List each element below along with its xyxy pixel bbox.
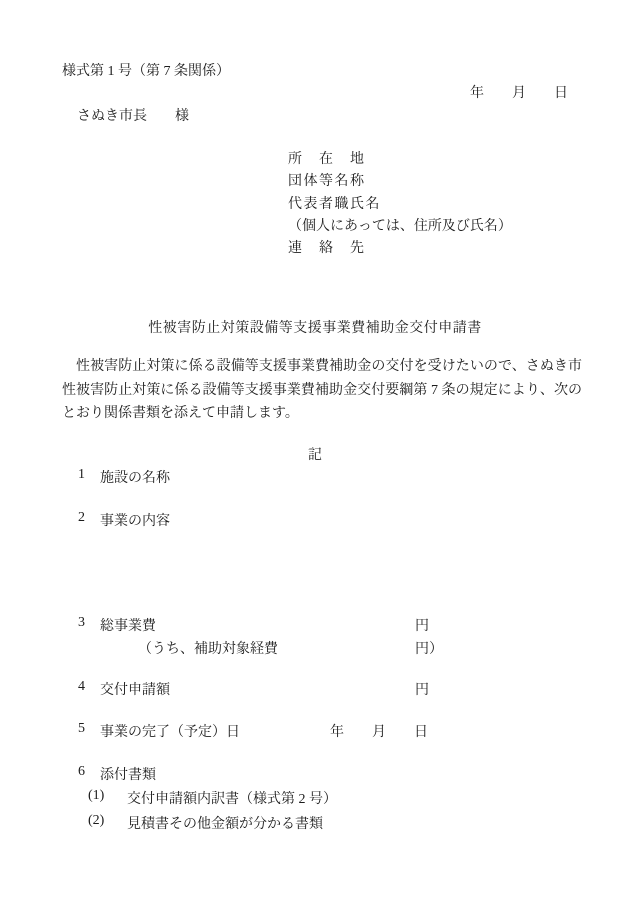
- document-title: 性被害防止対策設備等支援事業費補助金交付申請書: [0, 317, 630, 337]
- item-number: 4: [78, 679, 85, 695]
- item-project-description: 2 事業の内容: [0, 510, 630, 528]
- body-paragraph: 性被害防止対策に係る設備等支援事業費補助金の交付を受けたいので、さぬき市性被害防…: [62, 355, 582, 426]
- field-label-contact: 連 絡 先: [288, 241, 366, 258]
- item-number: 1: [78, 467, 85, 483]
- item-label: 施設の名称: [100, 467, 170, 487]
- attachment-item-breakdown: (1) 交付申請額内訳書（様式第 2 号）: [0, 788, 630, 806]
- date-line: 年 月 日: [62, 86, 568, 103]
- item-completion-date: 5 事業の完了（予定）日 年 月 日: [0, 721, 630, 739]
- field-label-location: 所 在 地: [288, 152, 366, 169]
- item-number: 6: [78, 764, 85, 780]
- record-marker: 記: [0, 444, 630, 464]
- item-number: 3: [78, 615, 85, 631]
- field-label-organization-name: 団体等名称: [288, 174, 366, 191]
- item-attachments: 6 添付書類: [0, 764, 630, 782]
- item-label: 見積書その他金額が分かる書類: [127, 813, 323, 833]
- currency-unit: 円: [415, 615, 429, 635]
- item-label: 事業の内容: [100, 510, 170, 530]
- item-label: 添付書類: [100, 764, 156, 784]
- item-total-project-cost: 3 総事業費 円: [0, 615, 630, 633]
- item-label: 交付申請額内訳書（様式第 2 号）: [127, 788, 337, 808]
- date-blank: 年 月 日: [330, 721, 428, 741]
- item-facility-name: 1 施設の名称: [0, 467, 630, 485]
- attachment-item-estimate: (2) 見積書その他金額が分かる書類: [0, 813, 630, 831]
- form-number: 様式第 1 号（第 7 条関係）: [62, 64, 230, 81]
- currency-unit: 円: [415, 679, 429, 699]
- item-label: 事業の完了（予定）日: [100, 721, 240, 741]
- currency-unit: 円）: [415, 638, 443, 658]
- item-label: 総事業費: [100, 615, 156, 635]
- item-eligible-expenses: （うち、補助対象経費 円）: [0, 638, 630, 656]
- item-label: （うち、補助対象経費: [138, 638, 278, 658]
- addressee-line: さぬき市長 様: [77, 109, 189, 126]
- item-number: 5: [78, 721, 85, 737]
- item-label: 交付申請額: [100, 679, 170, 699]
- item-number: (1): [88, 788, 104, 804]
- field-label-representative-name: 代表者職氏名: [288, 197, 381, 214]
- field-note-individual: （個人にあっては、住所及び氏名）: [288, 219, 512, 236]
- document-page: 様式第 1 号（第 7 条関係） 年 月 日 さぬき市長 様 所 在 地 団体等…: [0, 0, 630, 903]
- item-number: (2): [88, 813, 104, 829]
- item-number: 2: [78, 510, 85, 526]
- item-application-amount: 4 交付申請額 円: [0, 679, 630, 697]
